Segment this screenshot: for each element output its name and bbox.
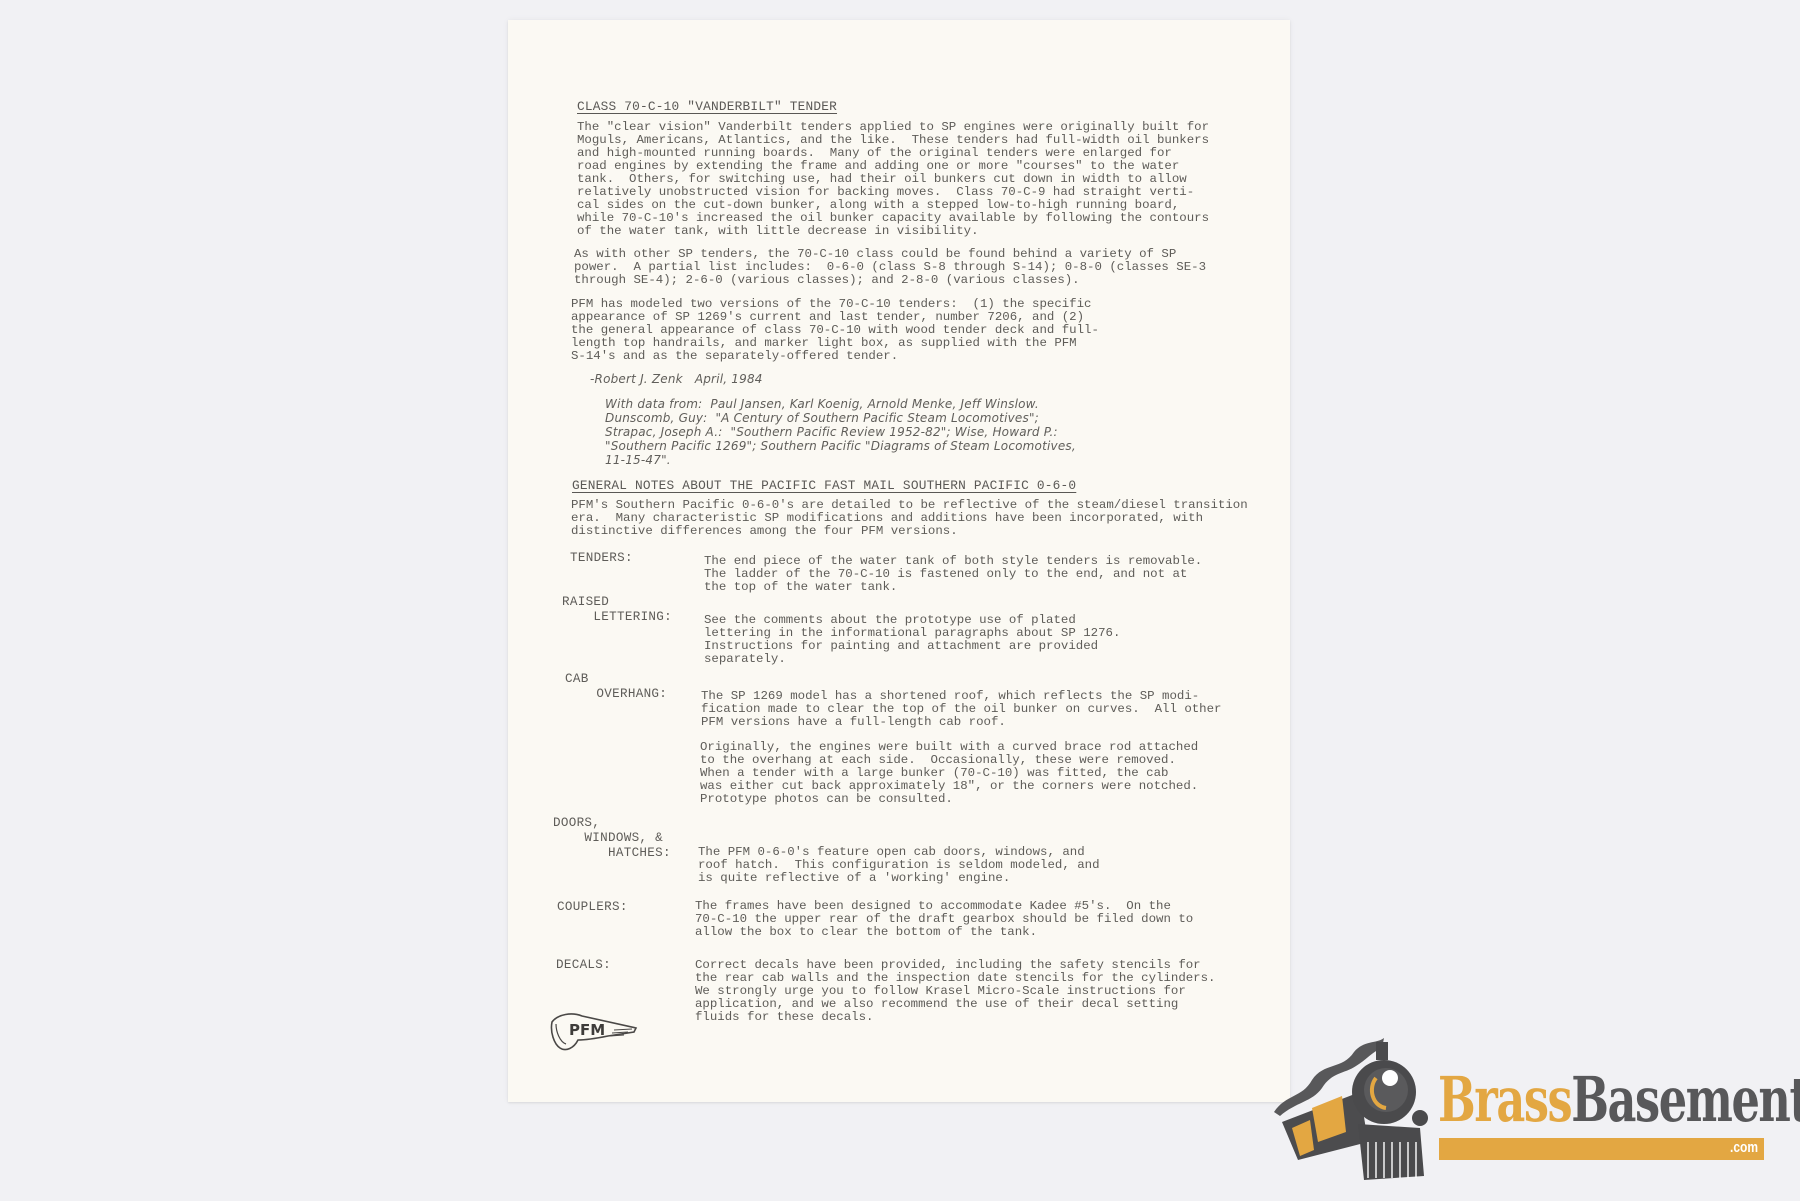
pfm-winged-logo-icon: PFM	[548, 1010, 640, 1054]
author-signature: -Robert J. Zenk April, 1984	[590, 372, 763, 386]
note-label-doors-windows-hatches: DOORS, WINDOWS, & HATCHES:	[553, 816, 671, 861]
note-text-decals: Correct decals have been provided, inclu…	[695, 959, 1216, 1024]
document-page: CLASS 70-C-10 "VANDERBILT" TENDER The "c…	[508, 20, 1290, 1102]
note-label-tenders: TENDERS:	[570, 551, 633, 566]
note-text-tenders: The end piece of the water tank of both …	[704, 555, 1202, 594]
note-label-raised-lettering: RAISED LETTERING:	[562, 595, 672, 625]
paragraph-sp-tenders: As with other SP tenders, the 70-C-10 cl…	[574, 248, 1206, 287]
brand-word-brass: Brass	[1438, 1063, 1571, 1136]
pfm-logo-text: PFM	[569, 1021, 605, 1039]
brand-domain: .com	[1730, 1139, 1758, 1156]
brand-word-basement: Basement	[1571, 1063, 1800, 1136]
paragraph-pfm-versions: PFM has modeled two versions of the 70-C…	[571, 298, 1099, 363]
note-label-cab-overhang: CAB OVERHANG:	[565, 672, 667, 702]
note-text-cab-overhang: The SP 1269 model has a shortened roof, …	[701, 690, 1222, 729]
section-title-vanderbilt-tender: CLASS 70-C-10 "VANDERBILT" TENDER	[577, 99, 837, 114]
note-text-raised-lettering: See the comments about the prototype use…	[704, 614, 1120, 666]
note-label-decals: DECALS:	[556, 958, 611, 973]
note-text-doors-windows-hatches: The PFM 0-6-0's feature open cab doors, …	[698, 846, 1100, 885]
brand-wordmark: BrassBasement	[1438, 1064, 1800, 1136]
note-label-couplers: COUPLERS:	[557, 900, 628, 915]
note-text-cab-brace-rod: Originally, the engines were built with …	[700, 741, 1198, 806]
brass-basement-watermark: BrassBasement .com	[1272, 1028, 1792, 1188]
sources-credits: With data from: Paul Jansen, Karl Koenig…	[605, 397, 1076, 467]
brand-underline-bar: .com	[1439, 1138, 1764, 1160]
note-text-couplers: The frames have been designed to accommo…	[695, 900, 1193, 939]
paragraph-general-intro: PFM's Southern Pacific 0-6-0's are detai…	[571, 499, 1248, 538]
section-title-general-notes: GENERAL NOTES ABOUT THE PACIFIC FAST MAI…	[572, 478, 1076, 493]
steam-locomotive-icon	[1272, 1032, 1432, 1182]
paragraph-vanderbilt-intro: The "clear vision" Vanderbilt tenders ap…	[577, 121, 1209, 238]
